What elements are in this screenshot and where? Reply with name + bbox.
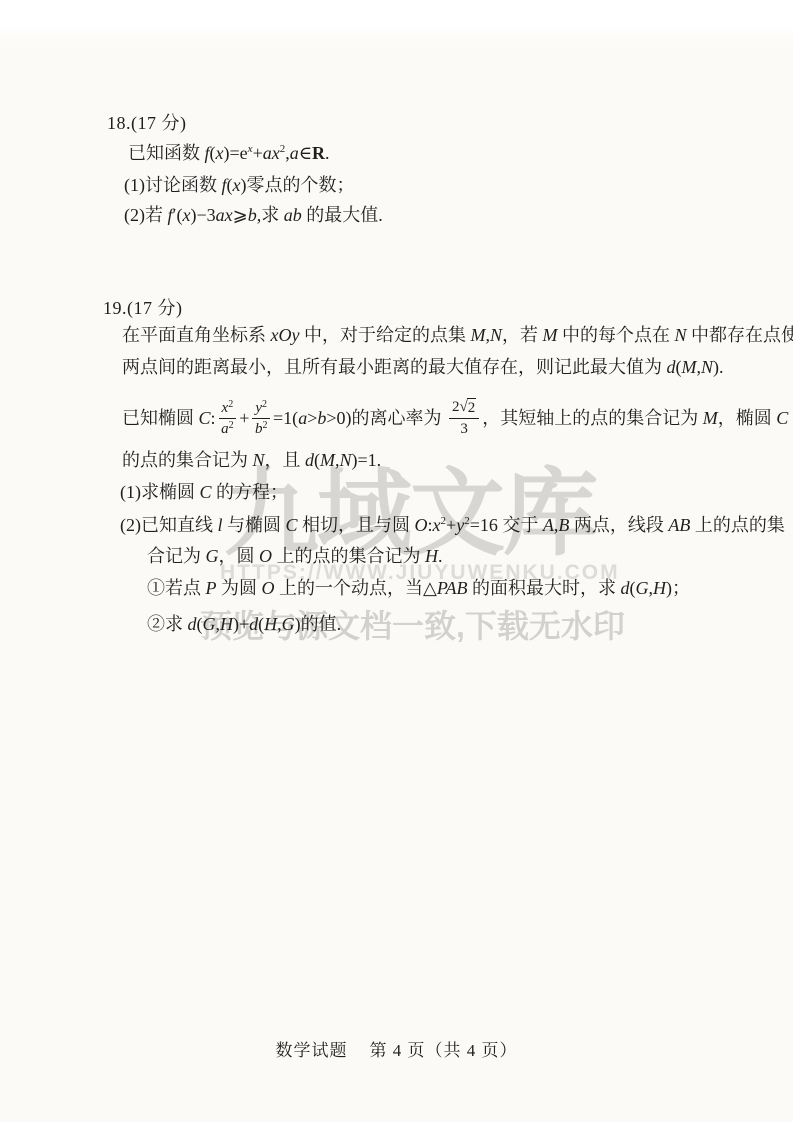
text-run: ①若点 bbox=[147, 578, 206, 598]
text-run: 2 bbox=[262, 420, 267, 431]
text-run: PAB bbox=[437, 578, 468, 598]
radical: √2 bbox=[460, 398, 477, 417]
text-run: 的值. bbox=[301, 614, 342, 634]
text-run: O bbox=[415, 515, 428, 535]
text-run: =1( bbox=[273, 408, 298, 428]
text-run: 在平面直角坐标系 bbox=[122, 325, 271, 345]
text-run: b bbox=[248, 205, 257, 225]
text-run: 的方程； bbox=[212, 482, 289, 502]
text-run: ②求 bbox=[147, 614, 188, 634]
text-run: N bbox=[253, 450, 265, 470]
problem-19-intro-line-1: 在平面直角坐标系 xOy 中，对于给定的点集 M,N，若 M 中的每个点在 N … bbox=[122, 322, 793, 348]
text-run: ). bbox=[713, 357, 724, 377]
text-run: 中，对于给定的点集 bbox=[299, 325, 470, 345]
text-run: C bbox=[200, 482, 212, 502]
text-run: ∈ bbox=[299, 143, 312, 163]
text-run: A bbox=[543, 515, 554, 535]
text-run: O bbox=[259, 546, 272, 566]
text-run: 两点间的距离最小，且所有最小距离的最大值存在，则记此最大值为 bbox=[122, 357, 667, 377]
text-run: . bbox=[325, 143, 330, 163]
text-run: a bbox=[290, 143, 299, 163]
problem-19-part-2-line-1: (2)已知直线 l 与椭圆 C 相切，且与圆 O:x2+y2=16 交于 A,B… bbox=[120, 512, 785, 538]
text-run: ax bbox=[263, 143, 280, 163]
fraction-numerator: 2√2 bbox=[449, 398, 479, 419]
problem-19-ellipse-line: 已知椭圆 C:x2a2+y2b2=1(a>b>0)的离心率为 2√23，其短轴上… bbox=[122, 400, 793, 440]
text-run: C bbox=[286, 515, 298, 535]
text-run: 上的一个动点，当 bbox=[275, 578, 424, 598]
text-run: (1)讨论函数 bbox=[124, 175, 222, 195]
text-run: d bbox=[188, 614, 197, 634]
text-run: 相切，且与圆 bbox=[298, 515, 415, 535]
text-run: 上的点的集 bbox=[690, 515, 785, 535]
footer-page-number: 第 4 页（共 4 页） bbox=[370, 1041, 518, 1060]
text-run: (2)已知直线 bbox=[120, 515, 218, 535]
text-run: 为圆 bbox=[217, 578, 262, 598]
text-run: d bbox=[305, 450, 314, 470]
text-run: P bbox=[206, 578, 217, 598]
fraction-denominator: a2 bbox=[221, 419, 234, 438]
text-run: =16 bbox=[470, 515, 503, 535]
text-run: . bbox=[438, 546, 443, 566]
text-run: G bbox=[282, 614, 295, 634]
problem-19-score: (17 分) bbox=[127, 298, 183, 318]
problem-19-sub-1-line: ①若点 P 为圆 O 上的一个动点，当△PAB 的面积最大时，求 d(G,H)； bbox=[147, 575, 690, 601]
text-run: 已知椭圆 bbox=[122, 408, 199, 428]
problem-18-number: 18. bbox=[107, 113, 131, 133]
text-run: 零点的个数； bbox=[247, 175, 355, 195]
text-run: y bbox=[456, 515, 464, 535]
text-run: )= bbox=[224, 143, 240, 163]
fraction: 2√23 bbox=[449, 398, 479, 438]
text-run: x bbox=[433, 515, 441, 535]
text-run: ，若 bbox=[502, 325, 543, 345]
text-run: N bbox=[675, 325, 687, 345]
text-run: M bbox=[703, 408, 718, 428]
text-run: ⩾ bbox=[233, 205, 248, 225]
text-run: ，其短轴上的点的集合记为 bbox=[482, 408, 703, 428]
problem-18-score: (17 分) bbox=[131, 113, 187, 133]
text-run: 的点的集合记为 bbox=[122, 450, 253, 470]
text-run: (2)若 bbox=[124, 205, 168, 225]
fraction: x2a2 bbox=[219, 399, 237, 438]
problem-19-number: 19. bbox=[103, 298, 127, 318]
text-run: 两点，线段 bbox=[569, 515, 668, 535]
text-run: + bbox=[253, 143, 263, 163]
text-run: 2 bbox=[229, 420, 234, 431]
problem-18-given-line: 已知函数 f(x)=ex+ax2,a∈R. bbox=[128, 140, 330, 166]
text-run: + bbox=[446, 515, 456, 535]
text-run: ,求 bbox=[257, 205, 284, 225]
text-run: )； bbox=[666, 578, 690, 598]
text-run: 上的点的集合记为 bbox=[272, 546, 425, 566]
text-run: 合记为 bbox=[147, 546, 206, 566]
fraction: y2b2 bbox=[252, 399, 270, 438]
text-run: ax bbox=[216, 205, 233, 225]
text-run: H bbox=[653, 578, 666, 598]
fraction-denominator: 3 bbox=[460, 419, 468, 438]
text-run: 2 bbox=[452, 399, 460, 415]
fraction-numerator: x2 bbox=[219, 399, 237, 419]
radicand: 2 bbox=[467, 398, 477, 417]
text-run: x bbox=[233, 175, 241, 195]
text-run: ab bbox=[284, 205, 302, 225]
text-run: AB bbox=[668, 515, 690, 535]
text-run: d bbox=[621, 578, 630, 598]
text-run: C bbox=[776, 408, 788, 428]
problem-19-sub-2-line: ②求 d(G,H)+d(H,G)的值. bbox=[147, 611, 341, 637]
text-run: M bbox=[682, 357, 697, 377]
text-run: B bbox=[558, 515, 569, 535]
text-run: (1)求椭圆 bbox=[120, 482, 200, 502]
text-run: O bbox=[262, 578, 275, 598]
text-run: d bbox=[667, 357, 676, 377]
text-run: ，圆 bbox=[219, 546, 260, 566]
text-run: 2 bbox=[228, 399, 233, 410]
text-run: 中都存在点使得 bbox=[687, 325, 793, 345]
page-footer: 数学试题第 4 页（共 4 页） bbox=[0, 1036, 793, 1061]
text-run: H bbox=[264, 614, 277, 634]
footer-doc-title: 数学试题 bbox=[276, 1041, 348, 1060]
text-run: 的离心率为 bbox=[352, 408, 447, 428]
text-run: b bbox=[317, 408, 326, 428]
text-run: N bbox=[490, 325, 502, 345]
text-run: e bbox=[240, 143, 248, 163]
text-run: 的面积最大时，求 bbox=[468, 578, 621, 598]
text-run: M bbox=[320, 450, 335, 470]
text-run: > bbox=[307, 408, 317, 428]
problem-19-part-2-line-2: 合记为 G，圆 O 上的点的集合记为 H. bbox=[147, 543, 443, 569]
fraction-numerator: y2 bbox=[252, 399, 270, 419]
problem-18-heading: 18.(17 分) bbox=[107, 110, 187, 136]
exam-page: 九域文库 HTTPS://WWW.JIUYUWENKU.COM 预览与源文档一致… bbox=[0, 0, 793, 1122]
problem-19-heading: 19.(17 分) bbox=[103, 295, 183, 321]
text-run: C bbox=[199, 408, 211, 428]
text-run: G bbox=[636, 578, 649, 598]
text-run: N bbox=[340, 450, 352, 470]
text-run: >0) bbox=[326, 408, 351, 428]
text-run: 交于 bbox=[502, 515, 543, 535]
text-run: M bbox=[543, 325, 558, 345]
text-run: 已知函数 bbox=[128, 143, 205, 163]
text-run: : bbox=[211, 408, 216, 428]
problem-19-part-1-line: (1)求椭圆 C 的方程； bbox=[120, 479, 288, 505]
text-run: x bbox=[216, 143, 224, 163]
text-run: ，椭圆 bbox=[718, 408, 777, 428]
text-run: a bbox=[298, 408, 307, 428]
text-run: △ bbox=[423, 578, 437, 598]
text-run: )−3 bbox=[190, 205, 215, 225]
text-run: a bbox=[221, 421, 229, 437]
text-run: H bbox=[425, 546, 438, 566]
text-run: 中的每个点在 bbox=[558, 325, 675, 345]
text-run: xOy bbox=[271, 325, 300, 345]
problem-19-intro-line-2: 两点间的距离最小，且所有最小距离的最大值存在，则记此最大值为 d(M,N). bbox=[122, 354, 724, 380]
text-run: )+ bbox=[233, 614, 249, 634]
text-run: 2 bbox=[262, 399, 267, 410]
text-run: R bbox=[312, 143, 325, 163]
text-run: 与椭圆 bbox=[223, 515, 286, 535]
problem-18-part-1-line: (1)讨论函数 f(x)零点的个数； bbox=[124, 172, 355, 198]
text-run: 上 bbox=[788, 408, 793, 428]
fraction-denominator: b2 bbox=[255, 419, 268, 438]
text-run: )=1. bbox=[352, 450, 382, 470]
problem-18-part-2-line: (2)若 f′(x)−3ax⩾b,求 ab 的最大值. bbox=[124, 202, 383, 228]
text-run: N bbox=[701, 357, 713, 377]
problem-19-ellipse-line-2: 的点的集合记为 N，且 d(M,N)=1. bbox=[122, 447, 381, 473]
text-run: d bbox=[249, 614, 258, 634]
text-run: H bbox=[220, 614, 233, 634]
text-run: 的最大值. bbox=[302, 205, 383, 225]
text-run: ，且 bbox=[265, 450, 306, 470]
text-run: M bbox=[470, 325, 485, 345]
text-run: + bbox=[239, 408, 249, 428]
text-run: G bbox=[203, 614, 216, 634]
text-run: 3 bbox=[460, 421, 468, 437]
text-run: G bbox=[206, 546, 219, 566]
